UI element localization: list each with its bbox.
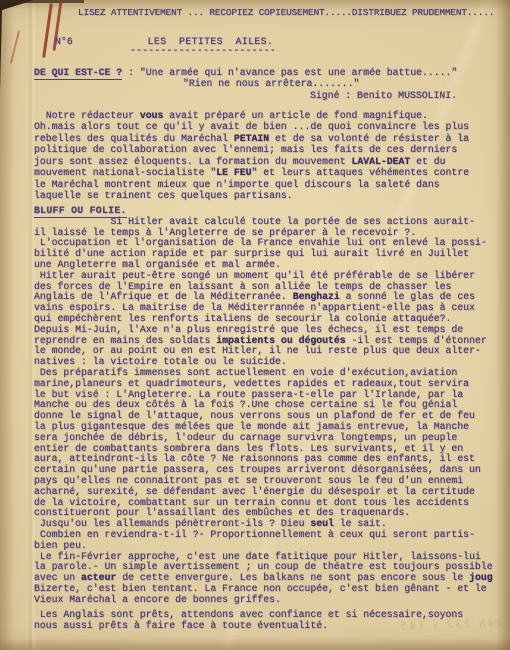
typewritten-content: LISEZ ATTENTIVEMENT ... RECOPIEZ COPIEUS…: [0, 0, 510, 650]
editorial-paragraph: Notre rédacteur vous avait préparé un ar…: [34, 110, 504, 202]
quote-line-1: DE QUI EST-CE ? : "Une armée qui n'avanc…: [34, 67, 504, 78]
quote-heading: DE QUI EST-CE ?: [34, 67, 122, 80]
section-heading: BLUFF OU FOLIE.: [34, 205, 504, 216]
article-body: Si Hitler avait calculé toute la portée …: [34, 217, 504, 606]
quote-section: DE QUI EST-CE ? : "Une armée qui n'avanc…: [34, 67, 504, 101]
masthead-instruction: LISEZ ATTENTIVEMENT ... RECOPIEZ COPIEUS…: [78, 7, 504, 18]
title-underline: ------------------------: [130, 46, 504, 55]
quote-text-1: "Une armée qui n'avance pas est une armé…: [140, 67, 457, 78]
quote-separator: :: [122, 67, 140, 78]
document-page: LISEZ ATTENTIVEMENT ... RECOPIEZ COPIEUS…: [0, 0, 510, 650]
quote-text-2: "Rien ne nous arrêtera.......": [183, 78, 504, 89]
quote-signature: Signé : Benito MUSSOLINI.: [310, 90, 504, 101]
issue-number: N°6: [55, 36, 73, 47]
